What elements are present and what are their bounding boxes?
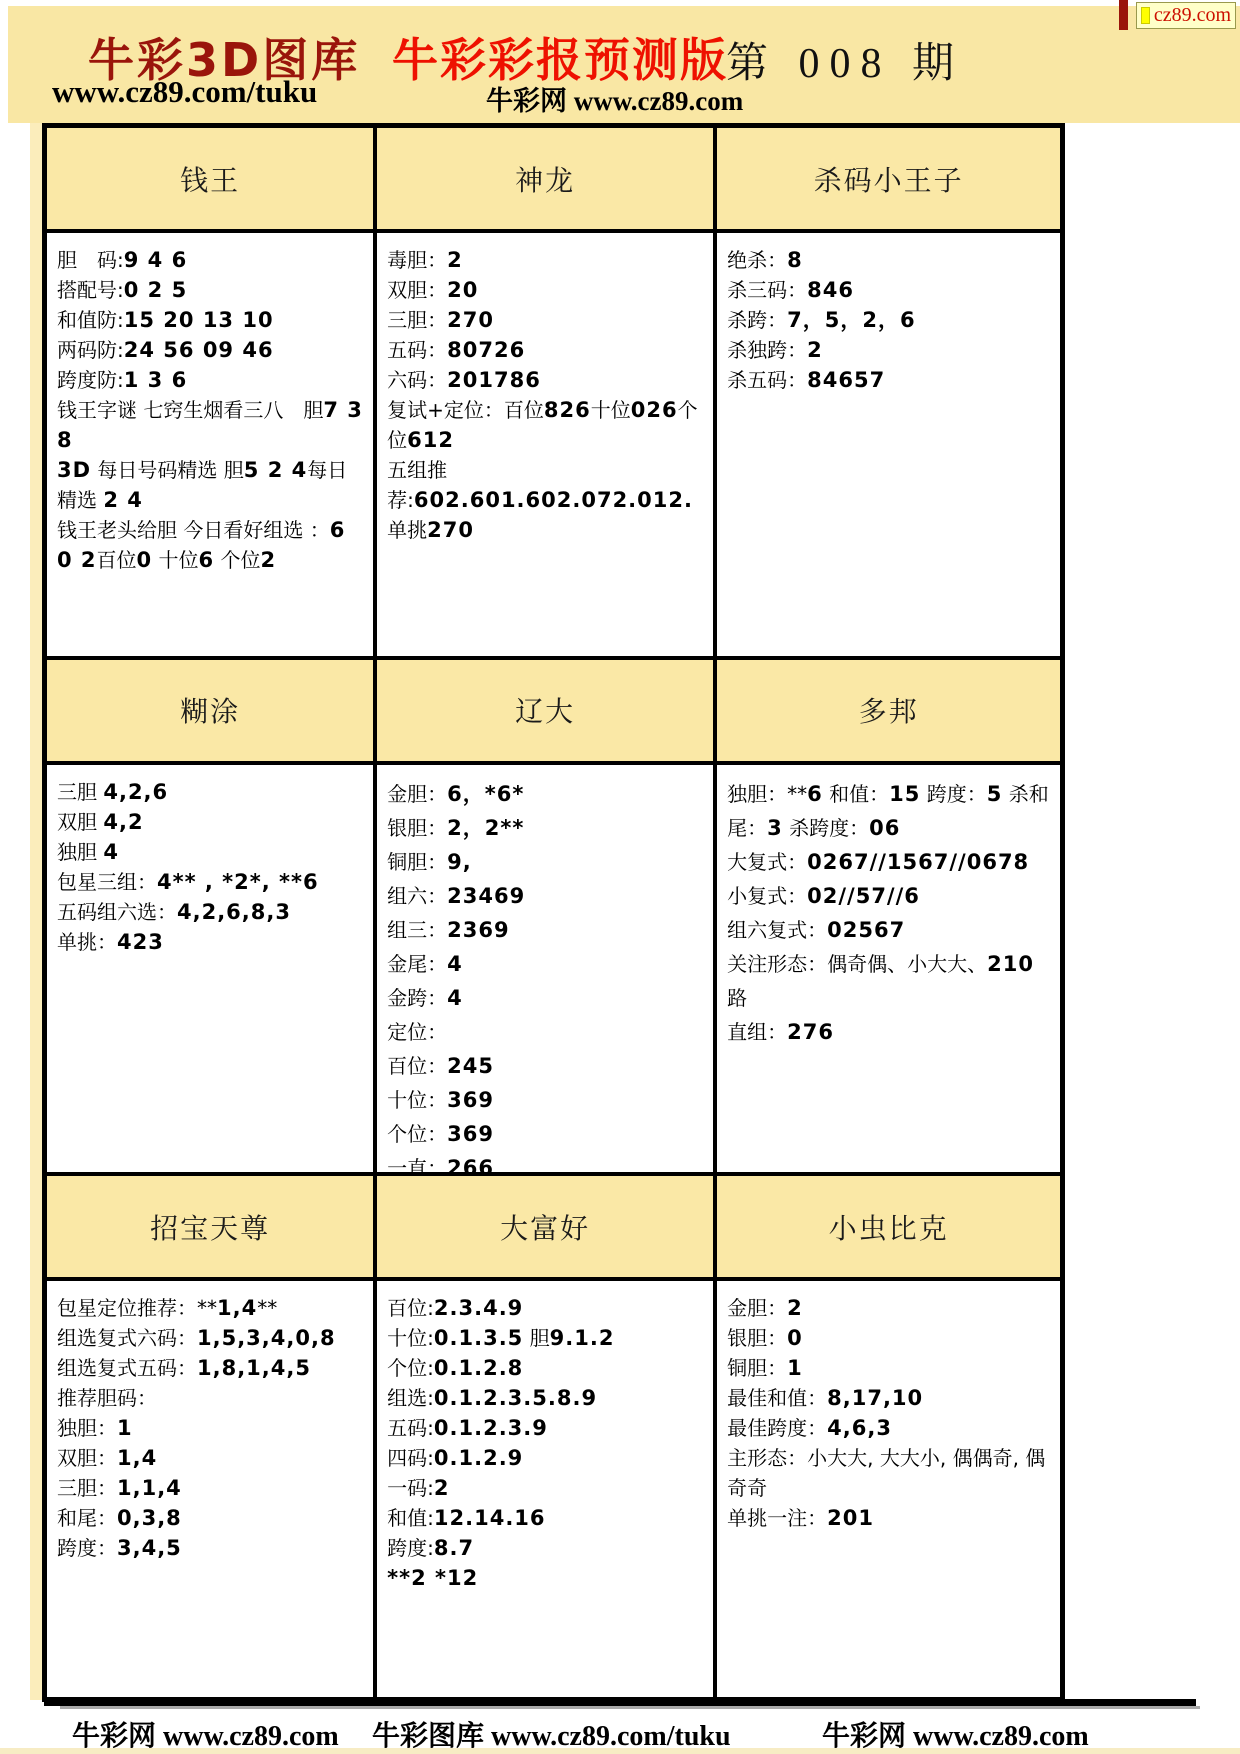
prediction-value: 369	[447, 1088, 494, 1112]
prediction-label: 百位	[97, 548, 137, 572]
text-line: 单挑：423	[57, 927, 365, 957]
text-line: 铜胆：1	[727, 1353, 1052, 1383]
text-line: 单挑一注：201	[727, 1503, 1052, 1533]
text-line: 百位:2.3.4.9	[387, 1293, 705, 1323]
text-line: 组六复式：02567	[727, 913, 1052, 947]
text-line: 杀五码：84657	[727, 365, 1052, 395]
prediction-label: 独胆：	[57, 1416, 117, 1440]
panel-body-dafuhao: 百位:2.3.4.9十位:0.1.3.5 胆9.1.2个位:0.1.2.8组选:…	[377, 1281, 713, 1697]
prediction-label: 杀五码：	[727, 368, 807, 392]
prediction-label: 五码组六选：	[57, 900, 177, 924]
prediction-value: 06	[869, 816, 900, 840]
prediction-value: 23469	[447, 884, 525, 908]
prediction-label: 和值防:	[57, 308, 124, 332]
text-line: 小复式：02//57//6	[727, 879, 1052, 913]
text-line: 复试+定位：百位826十位026个位612	[387, 395, 705, 455]
prediction-label: 组六：	[387, 884, 447, 908]
prediction-value: 2	[434, 1476, 450, 1500]
panel-dafuhao: 大富好百位:2.3.4.9十位:0.1.3.5 胆9.1.2个位:0.1.2.8…	[377, 1176, 713, 1697]
text-line: 包星定位推荐：**1,4**	[57, 1293, 365, 1323]
prediction-value: 276	[787, 1020, 834, 1044]
main-site-url: 牛彩网 www.cz89.com	[486, 79, 743, 118]
prediction-label: 金胆：	[727, 1296, 787, 1320]
prediction-label: 三胆：	[57, 1476, 117, 1500]
prediction-value: 4** , *2*, **6	[157, 870, 319, 894]
prediction-label: 三胆：	[387, 308, 447, 332]
prediction-value: 210	[987, 952, 1034, 976]
prediction-value: 270	[427, 518, 474, 542]
text-line: 搭配号:0 2 5	[57, 275, 365, 305]
prediction-value: 2 4	[103, 488, 143, 512]
prediction-label: 一直：	[387, 1156, 447, 1172]
prediction-value: 20	[447, 278, 478, 302]
prediction-label: 铜胆：	[727, 1356, 787, 1380]
prediction-label: 单挑	[387, 518, 427, 542]
prediction-value: 0267//1567//0678	[807, 850, 1029, 874]
text-line: 组六：23469	[387, 879, 705, 913]
prediction-label: 百位:	[387, 1296, 434, 1320]
prediction-value: 1	[787, 1356, 803, 1380]
prediction-value: 2.3.4.9	[434, 1296, 523, 1320]
prediction-label: 个位:	[387, 1356, 434, 1380]
text-line: 包星三组：4** , *2*, **6	[57, 867, 365, 897]
corner-red-bar	[1119, 0, 1128, 30]
prediction-value: 1,4	[117, 1446, 157, 1470]
text-line: 银胆：0	[727, 1323, 1052, 1353]
prediction-value: 9.1.2	[550, 1326, 615, 1350]
prediction-value: 026	[631, 398, 678, 422]
prediction-value: 4	[103, 840, 119, 864]
prediction-value: 1,5,3,4,0,8	[197, 1326, 336, 1350]
prediction-value: 2	[787, 1296, 803, 1320]
prediction-label: 两码防:	[57, 338, 124, 362]
prediction-value: 12.14.16	[434, 1506, 546, 1530]
prediction-value: 84657	[807, 368, 885, 392]
prediction-value: 6	[807, 782, 823, 806]
text-line: 组选复式六码：1,5,3,4,0,8	[57, 1323, 365, 1353]
text-line: 主形态：小大大, 大大小, 偶偶奇, 偶奇奇	[727, 1443, 1052, 1503]
prediction-value: 201	[827, 1506, 874, 1530]
prediction-label: 单挑一注：	[727, 1506, 827, 1530]
prediction-label: 银胆：	[387, 816, 447, 840]
prediction-label: 组六复式：	[727, 918, 827, 942]
text-line: 跨度:8.7	[387, 1533, 705, 1563]
prediction-label: 推荐胆码：	[57, 1386, 157, 1410]
prediction-value: 0.1.2.3.9	[434, 1416, 548, 1440]
prediction-label: 胆	[523, 1326, 549, 1350]
text-line: 组三：2369	[387, 913, 705, 947]
panel-hutu: 糊涂三胆 4,2,6双胆 4,2独胆 4包星三组：4** , *2*, **6五…	[47, 660, 373, 1172]
prediction-label: 十位	[152, 548, 198, 572]
prediction-value: 3	[767, 816, 783, 840]
prediction-label: **	[197, 1296, 217, 1320]
prediction-value: 0.1.2.9	[434, 1446, 523, 1470]
corner-badge: cz89.com	[1136, 2, 1236, 29]
prediction-label: 独胆：**	[727, 782, 807, 806]
prediction-value: 02//57//6	[807, 884, 920, 908]
prediction-label: 单挑：	[57, 930, 117, 954]
text-line: 一直：266	[387, 1151, 705, 1172]
prediction-value: 9 4 6	[124, 248, 187, 272]
text-line: 直组：276	[727, 1015, 1052, 1049]
prediction-label: 和值:	[387, 1506, 434, 1530]
prediction-value: 826	[544, 398, 591, 422]
prediction-value: 1,4	[217, 1296, 257, 1320]
prediction-value: 0	[787, 1326, 803, 1350]
text-line: 和尾：0,3,8	[57, 1503, 365, 1533]
prediction-value: 846	[807, 278, 854, 302]
text-line: 大复式：0267//1567//0678	[727, 845, 1052, 879]
prediction-label: 跨度:	[387, 1536, 434, 1560]
prediction-label: 关注形态：偶奇偶、小大大、	[727, 952, 987, 976]
text-line: 组选复式五码：1,8,1,4,5	[57, 1353, 365, 1383]
text-line: 独胆：**6 和值：15 跨度：5 杀和尾：3 杀跨度：06	[727, 777, 1052, 845]
prediction-value: 2	[261, 548, 277, 572]
prediction-label: 主形态：小大大, 大大小, 偶偶奇, 偶奇奇	[727, 1446, 1045, 1500]
prediction-value: 6	[199, 548, 215, 572]
panel-title-qianwang: 钱王	[47, 128, 373, 233]
panel-title-shamaxiaowangzi: 杀码小王子	[717, 128, 1060, 233]
prediction-value: 0.1.3.5	[434, 1326, 523, 1350]
prediction-value: 1	[117, 1416, 133, 1440]
prediction-value: 02567	[827, 918, 905, 942]
prediction-label: 百位：	[387, 1054, 447, 1078]
text-line: 单挑270	[387, 515, 705, 545]
prediction-label: 杀跨度：	[783, 816, 869, 840]
prediction-label: 跨度：	[920, 782, 986, 806]
panel-title-shenlong: 神龙	[377, 128, 713, 233]
prediction-value: 0.1.2.3.5.8.9	[434, 1386, 597, 1410]
panel-shenlong: 神龙毒胆：2双胆：20三胆：270五码：80726六码：201786复试+定位：…	[377, 128, 713, 656]
prediction-label: 和尾：	[57, 1506, 117, 1530]
text-line: 胆 码:9 4 6	[57, 245, 365, 275]
prediction-value: 2369	[447, 918, 509, 942]
prediction-label: 组选复式五码：	[57, 1356, 197, 1380]
panel-body-liaoda: 金胆：6，*6*银胆：2，2**铜胆：9,组六：23469组三：2369金尾：4…	[377, 765, 713, 1172]
prediction-value: 15 20 13 10	[124, 308, 274, 332]
prediction-value: 8	[787, 248, 803, 272]
text-line: 五码：80726	[387, 335, 705, 365]
prediction-label: 金跨：	[387, 986, 447, 1010]
prediction-label: 每日号码精选 胆	[91, 458, 244, 482]
prediction-value: 4	[447, 986, 463, 1010]
prediction-value: 2	[447, 248, 463, 272]
prediction-label: 双胆：	[387, 278, 447, 302]
prediction-value: 5 2 4	[244, 458, 307, 482]
prediction-label: 最佳跨度：	[727, 1416, 827, 1440]
prediction-value: 0	[137, 548, 153, 572]
prediction-label: 五码:	[387, 1416, 434, 1440]
prediction-label: 个位	[214, 548, 260, 572]
prediction-label: 大复式：	[727, 850, 807, 874]
prediction-value: 201786	[447, 368, 541, 392]
prediction-value: 369	[447, 1122, 494, 1146]
prediction-value: 1,8,1,4,5	[197, 1356, 311, 1380]
text-line: 杀跨：7，5，2，6	[727, 305, 1052, 335]
prediction-label: 毒胆：	[387, 248, 447, 272]
prediction-label: 最佳和值：	[727, 1386, 827, 1410]
badge-square-icon	[1141, 7, 1150, 24]
panel-body-hutu: 三胆 4,2,6双胆 4,2独胆 4包星三组：4** , *2*, **6五码组…	[47, 765, 373, 1172]
prediction-label: 和值：	[823, 782, 889, 806]
text-line: 五码:0.1.2.3.9	[387, 1413, 705, 1443]
prediction-label: 胆 码:	[57, 248, 124, 272]
text-line: 三胆：270	[387, 305, 705, 335]
bottom-rule	[44, 1699, 1196, 1706]
prediction-value: 24 56 09 46	[124, 338, 274, 362]
prediction-label: 十位:	[387, 1326, 434, 1350]
text-line: 四码:0.1.2.9	[387, 1443, 705, 1473]
prediction-label: 双胆	[57, 810, 103, 834]
prediction-label: 跨度防:	[57, 368, 124, 392]
prediction-value: 270	[447, 308, 494, 332]
text-line: 两码防:24 56 09 46	[57, 335, 365, 365]
prediction-label: 包星定位推荐：	[57, 1296, 197, 1320]
text-line: 银胆：2，2**	[387, 811, 705, 845]
panel-liaoda: 辽大金胆：6，*6*银胆：2，2**铜胆：9,组六：23469组三：2369金尾…	[377, 660, 713, 1172]
text-line: 钱王字谜 七窍生烟看三八 胆7 3 8	[57, 395, 365, 455]
issue-number: 第 008 期	[726, 30, 964, 90]
prediction-value: 6，*6*	[447, 782, 524, 806]
panel-shamaxiaowangzi: 杀码小王子绝杀：8杀三码：846杀跨：7，5，2，6杀独跨：2杀五码：84657	[717, 128, 1060, 656]
panel-title-xiaochongbike: 小虫比克	[717, 1176, 1060, 1281]
prediction-value: **2 *12	[387, 1566, 478, 1590]
prediction-value: 3D	[57, 458, 91, 482]
prediction-label: 复试+定位：百位	[387, 398, 544, 422]
prediction-label: 直组：	[727, 1020, 787, 1044]
prediction-value: 0.1.2.8	[434, 1356, 523, 1380]
prediction-label: 六码：	[387, 368, 447, 392]
prediction-label: 组三：	[387, 918, 447, 942]
prediction-value: 602.601.602.072.012.	[414, 488, 693, 512]
text-line: 最佳跨度：4,6,3	[727, 1413, 1052, 1443]
prediction-value: 8,17,10	[827, 1386, 923, 1410]
prediction-label: 包星三组：	[57, 870, 157, 894]
text-line: 毒胆：2	[387, 245, 705, 275]
panel-body-shenlong: 毒胆：2双胆：20三胆：270五码：80726六码：201786复试+定位：百位…	[377, 233, 713, 656]
text-line: 杀独跨：2	[727, 335, 1052, 365]
tuku-url: www.cz89.com/tuku	[52, 74, 317, 110]
text-line: 双胆：1,4	[57, 1443, 365, 1473]
prediction-label: 四码:	[387, 1446, 434, 1470]
text-line: 十位:0.1.3.5 胆9.1.2	[387, 1323, 705, 1353]
panel-title-zhaobaotianzun: 招宝天尊	[47, 1176, 373, 1281]
text-line: 一码:2	[387, 1473, 705, 1503]
prediction-value: 423	[117, 930, 164, 954]
text-line: 三胆：1,1,4	[57, 1473, 365, 1503]
prediction-label: 钱王字谜 七窍生烟看三八 胆	[57, 398, 323, 422]
text-line: 百位：245	[387, 1049, 705, 1083]
panel-title-liaoda: 辽大	[377, 660, 713, 765]
prediction-value: 266	[447, 1156, 494, 1172]
panel-body-xiaochongbike: 金胆：2银胆：0铜胆：1最佳和值：8,17,10最佳跨度：4,6,3主形态：小大…	[717, 1281, 1060, 1697]
prediction-value: 0,3,8	[117, 1506, 182, 1530]
panel-zhaobaotianzun: 招宝天尊包星定位推荐：**1,4**组选复式六码：1,5,3,4,0,8组选复式…	[47, 1176, 373, 1697]
text-line: 金胆：2	[727, 1293, 1052, 1323]
text-line: 独胆：1	[57, 1413, 365, 1443]
page: { "header": { "site_title": "牛彩3D图库", "r…	[0, 0, 1240, 1754]
prediction-value: 4,2,6,8,3	[177, 900, 291, 924]
panel-qianwang: 钱王胆 码:9 4 6搭配号:0 2 5和值防:15 20 13 10两码防:2…	[47, 128, 373, 656]
prediction-label: 五码：	[387, 338, 447, 362]
prediction-label: 十位：	[387, 1088, 447, 1112]
text-line: 关注形态：偶奇偶、小大大、210路	[727, 947, 1052, 1015]
text-line: 杀三码：846	[727, 275, 1052, 305]
prediction-label: 三胆	[57, 780, 103, 804]
text-line: 个位：369	[387, 1117, 705, 1151]
panel-title-duobang: 多邦	[717, 660, 1060, 765]
text-line: 六码：201786	[387, 365, 705, 395]
text-line: 双胆：20	[387, 275, 705, 305]
prediction-label: 铜胆：	[387, 850, 447, 874]
prediction-value: 80726	[447, 338, 525, 362]
prediction-value: 9,	[447, 850, 472, 874]
prediction-grid: 钱王胆 码:9 4 6搭配号:0 2 5和值防:15 20 13 10两码防:2…	[42, 123, 1065, 1702]
text-line: 金跨：4	[387, 981, 705, 1015]
prediction-label: 一码:	[387, 1476, 434, 1500]
text-line: 绝杀：8	[727, 245, 1052, 275]
text-line: **2 *12	[387, 1563, 705, 1593]
prediction-label: 双胆：	[57, 1446, 117, 1470]
text-line: 十位：369	[387, 1083, 705, 1117]
prediction-value: 8.7	[434, 1536, 474, 1560]
text-line: 五码组六选：4,2,6,8,3	[57, 897, 365, 927]
text-line: 3D 每日号码精选 胆5 2 4每日精选 2 4	[57, 455, 365, 515]
prediction-label: 搭配号:	[57, 278, 124, 302]
prediction-value: 4	[447, 952, 463, 976]
text-line: 独胆 4	[57, 837, 365, 867]
text-line: 铜胆：9,	[387, 845, 705, 879]
prediction-label: 杀三码：	[727, 278, 807, 302]
panel-duobang: 多邦独胆：**6 和值：15 跨度：5 杀和尾：3 杀跨度：06大复式：0267…	[717, 660, 1060, 1172]
prediction-label: 十位	[591, 398, 631, 422]
prediction-label: 小复式：	[727, 884, 807, 908]
text-line: 推荐胆码：	[57, 1383, 365, 1413]
panel-body-shamaxiaowangzi: 绝杀：8杀三码：846杀跨：7，5，2，6杀独跨：2杀五码：84657	[717, 233, 1060, 656]
panel-title-dafuhao: 大富好	[377, 1176, 713, 1281]
prediction-label: 金胆：	[387, 782, 447, 806]
text-line: 和值:12.14.16	[387, 1503, 705, 1533]
prediction-value: 4,6,3	[827, 1416, 892, 1440]
prediction-label: 定位：	[387, 1020, 447, 1044]
prediction-label: 组选:	[387, 1386, 434, 1410]
panel-body-duobang: 独胆：**6 和值：15 跨度：5 杀和尾：3 杀跨度：06大复式：0267//…	[717, 765, 1060, 1172]
prediction-label: 杀跨：	[727, 308, 787, 332]
prediction-label: 钱王老头给胆 今日看好组选 ：	[57, 518, 330, 542]
text-line: 金尾：4	[387, 947, 705, 981]
prediction-value: 245	[447, 1054, 494, 1078]
bottom-edge-tint	[0, 1748, 1240, 1754]
prediction-value: 3,4,5	[117, 1536, 182, 1560]
prediction-label: **	[257, 1296, 277, 1320]
prediction-label: 路	[727, 986, 747, 1010]
prediction-value: 1,1,4	[117, 1476, 182, 1500]
prediction-label: 银胆：	[727, 1326, 787, 1350]
panel-xiaochongbike: 小虫比克金胆：2银胆：0铜胆：1最佳和值：8,17,10最佳跨度：4,6,3主形…	[717, 1176, 1060, 1697]
text-line: 跨度防:1 3 6	[57, 365, 365, 395]
prediction-value: 5	[987, 782, 1003, 806]
text-line: 最佳和值：8,17,10	[727, 1383, 1052, 1413]
text-line: 和值防:15 20 13 10	[57, 305, 365, 335]
text-line: 个位:0.1.2.8	[387, 1353, 705, 1383]
prediction-label: 组选复式六码：	[57, 1326, 197, 1350]
text-line: 五组推荐:602.601.602.072.012.	[387, 455, 705, 515]
prediction-value: 4,2,6	[103, 780, 168, 804]
panel-body-zhaobaotianzun: 包星定位推荐：**1,4**组选复式六码：1,5,3,4,0,8组选复式五码：1…	[47, 1281, 373, 1697]
panel-title-hutu: 糊涂	[47, 660, 373, 765]
badge-url: cz89.com	[1154, 4, 1231, 27]
prediction-value: 612	[407, 428, 454, 452]
text-line: 双胆 4,2	[57, 807, 365, 837]
text-line: 定位：	[387, 1015, 705, 1049]
text-line: 组选:0.1.2.3.5.8.9	[387, 1383, 705, 1413]
panel-body-qianwang: 胆 码:9 4 6搭配号:0 2 5和值防:15 20 13 10两码防:24 …	[47, 233, 373, 656]
prediction-value: 7，5，2，6	[787, 308, 915, 332]
text-line: 金胆：6，*6*	[387, 777, 705, 811]
prediction-label: 个位：	[387, 1122, 447, 1146]
prediction-value: 1 3 6	[124, 368, 187, 392]
text-line: 钱王老头给胆 今日看好组选 ：6 0 2百位0 十位6 个位2	[57, 515, 365, 575]
prediction-value: 0 2 5	[124, 278, 187, 302]
prediction-label: 独胆	[57, 840, 103, 864]
prediction-value: 2，2**	[447, 816, 524, 840]
prediction-value: 4,2	[103, 810, 143, 834]
prediction-label: 跨度：	[57, 1536, 117, 1560]
text-line: 跨度：3,4,5	[57, 1533, 365, 1563]
prediction-label: 绝杀：	[727, 248, 787, 272]
prediction-value: 2	[807, 338, 823, 362]
bottom-rule-shadow	[60, 1706, 1200, 1709]
prediction-value: 15	[889, 782, 920, 806]
prediction-label: 杀独跨：	[727, 338, 807, 362]
prediction-label: 金尾：	[387, 952, 447, 976]
text-line: 三胆 4,2,6	[57, 777, 365, 807]
